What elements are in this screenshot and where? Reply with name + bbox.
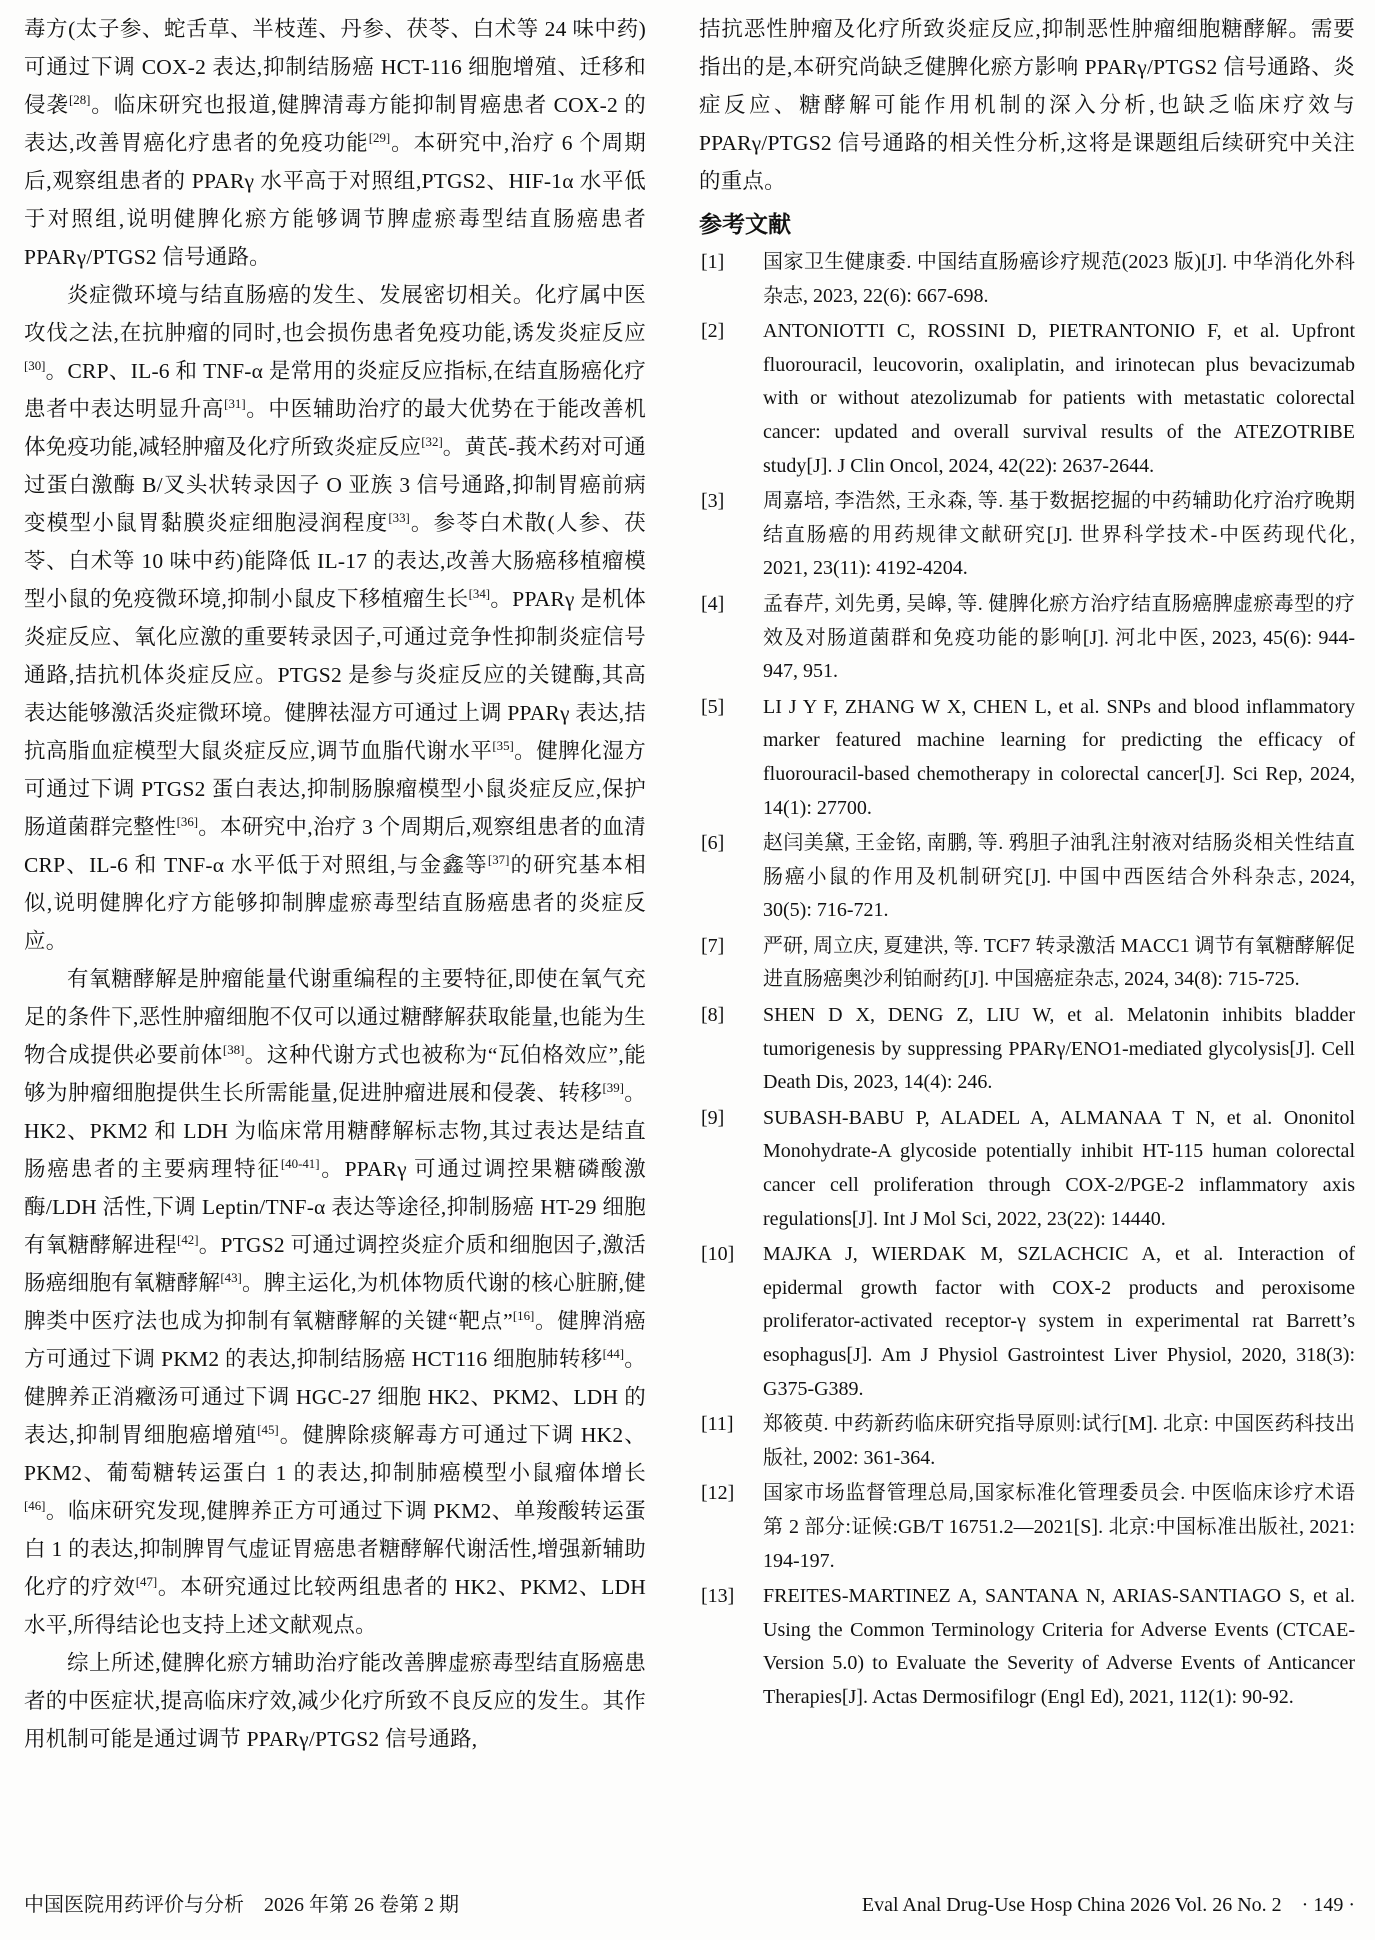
reference-number: [8] [701,999,724,1033]
reference-item: [3]周嘉培, 李浩然, 王永森, 等. 基于数据挖掘的中药辅助化疗治疗晚期结直… [699,485,1355,586]
reference-item: [11]郑筱萸. 中药新药临床研究指导原则:试行[M]. 北京: 中国医药科技出… [699,1408,1355,1475]
journal-page: 毒方(太子参、蛇舌草、半枝莲、丹参、茯苓、白术等 24 味中药)可通过下调 CO… [0,0,1375,1940]
citation-marker: [28] [69,93,90,107]
citation-marker: [32] [421,435,442,449]
citation-marker: [29] [369,131,390,145]
footer-journal-title-en-page-number: Eval Anal Drug-Use Hosp China 2026 Vol. … [862,1892,1355,1918]
paragraph: 有氧糖酵解是肿瘤能量代谢重编程的主要特征,即使在氧气充足的条件下,恶性肿瘤细胞不… [24,960,646,1644]
reference-text: 郑筱萸. 中药新药临床研究指导原则:试行[M]. 北京: 中国医药科技出版社, … [763,1408,1355,1475]
citation-marker: [36] [177,815,198,829]
citation-marker: [39] [603,1081,624,1095]
reference-item: [12]国家市场监督管理总局,国家标准化管理委员会. 中医临床诊疗术语 第 2 … [699,1477,1355,1578]
reference-item: [4]孟春芹, 刘先勇, 吴皞, 等. 健脾化瘀方治疗结直肠癌脾虚瘀毒型的疗效及… [699,588,1355,689]
reference-item: [13]FREITES-MARTINEZ A, SANTANA N, ARIAS… [699,1580,1355,1714]
reference-text: MAJKA J, WIERDAK M, SZLACHCIC A, et al. … [763,1238,1355,1406]
citation-marker: [44] [603,1347,624,1361]
citation-marker: [34] [469,587,490,601]
reference-text: SUBASH-BABU P, ALADEL A, ALMANAA T N, et… [763,1102,1355,1236]
citation-marker: [42] [177,1233,198,1247]
right-column-paragraphs: 拮抗恶性肿瘤及化疗所致炎症反应,抑制恶性肿瘤细胞糖酵解。需要指出的是,本研究尚缺… [699,10,1355,200]
reference-number: [11] [701,1408,734,1442]
reference-number: [2] [701,315,724,349]
reference-text: LI J Y F, ZHANG W X, CHEN L, et al. SNPs… [763,691,1355,825]
reference-text: 国家卫生健康委. 中国结直肠癌诊疗规范(2023 版)[J]. 中华消化外科杂志… [763,246,1355,313]
reference-text: SHEN D X, DENG Z, LIU W, et al. Melatoni… [763,999,1355,1100]
reference-number: [1] [701,246,724,280]
paragraph: 毒方(太子参、蛇舌草、半枝莲、丹参、茯苓、白术等 24 味中药)可通过下调 CO… [24,10,646,276]
reference-item: [6]赵闫美黛, 王金铭, 南鹏, 等. 鸦胆子油乳注射液对结肠炎相关性结直肠癌… [699,827,1355,928]
reference-text: 国家市场监督管理总局,国家标准化管理委员会. 中医临床诊疗术语 第 2 部分:证… [763,1477,1355,1578]
citation-marker: [35] [492,739,513,753]
paragraph: 拮抗恶性肿瘤及化疗所致炎症反应,抑制恶性肿瘤细胞糖酵解。需要指出的是,本研究尚缺… [699,10,1355,200]
reference-item: [10]MAJKA J, WIERDAK M, SZLACHCIC A, et … [699,1238,1355,1406]
paragraph: 综上所述,健脾化瘀方辅助治疗能改善脾虚瘀毒型结直肠癌患者的中医症状,提高临床疗效… [24,1644,646,1758]
reference-item: [9]SUBASH-BABU P, ALADEL A, ALMANAA T N,… [699,1102,1355,1236]
reference-number: [5] [701,691,724,725]
reference-number: [6] [701,827,724,861]
reference-text: 周嘉培, 李浩然, 王永森, 等. 基于数据挖掘的中药辅助化疗治疗晚期结直肠癌的… [763,485,1355,586]
reference-number: [12] [701,1477,734,1511]
reference-number: [7] [701,930,724,964]
citation-marker: [46] [24,1499,45,1513]
citation-marker: [38] [223,1043,244,1057]
reference-list: [1]国家卫生健康委. 中国结直肠癌诊疗规范(2023 版)[J]. 中华消化外… [699,246,1355,1715]
reference-number: [10] [701,1238,734,1272]
citation-marker: [40-41] [281,1157,320,1171]
citation-marker: [45] [257,1423,278,1437]
reference-text: FREITES-MARTINEZ A, SANTANA N, ARIAS-SAN… [763,1580,1355,1714]
two-column-layout: 毒方(太子参、蛇舌草、半枝莲、丹参、茯苓、白术等 24 味中药)可通过下调 CO… [24,10,1355,1758]
reference-text: 严研, 周立庆, 夏建洪, 等. TCF7 转录激活 MACC1 调节有氧糖酵解… [763,930,1355,997]
reference-item: [1]国家卫生健康委. 中国结直肠癌诊疗规范(2023 版)[J]. 中华消化外… [699,246,1355,313]
right-column: 拮抗恶性肿瘤及化疗所致炎症反应,抑制恶性肿瘤细胞糖酵解。需要指出的是,本研究尚缺… [699,10,1355,1758]
citation-marker: [43] [220,1271,241,1285]
footer-journal-title-cn: 中国医院用药评价与分析 2026 年第 26 卷第 2 期 [24,1892,459,1918]
citation-marker: [47] [136,1575,157,1589]
reference-number: [9] [701,1102,724,1136]
reference-text: 赵闫美黛, 王金铭, 南鹏, 等. 鸦胆子油乳注射液对结肠炎相关性结直肠癌小鼠的… [763,827,1355,928]
paragraph: 炎症微环境与结直肠癌的发生、发展密切相关。化疗属中医攻伐之法,在抗肿瘤的同时,也… [24,276,646,960]
reference-text: 孟春芹, 刘先勇, 吴皞, 等. 健脾化瘀方治疗结直肠癌脾虚瘀毒型的疗效及对肠道… [763,588,1355,689]
reference-text: ANTONIOTTI C, ROSSINI D, PIETRANTONIO F,… [763,315,1355,483]
reference-number: [4] [701,588,724,622]
left-column: 毒方(太子参、蛇舌草、半枝莲、丹参、茯苓、白术等 24 味中药)可通过下调 CO… [24,10,646,1758]
reference-item: [5]LI J Y F, ZHANG W X, CHEN L, et al. S… [699,691,1355,825]
reference-item: [2]ANTONIOTTI C, ROSSINI D, PIETRANTONIO… [699,315,1355,483]
citation-marker: [30] [24,359,45,373]
reference-item: [7]严研, 周立庆, 夏建洪, 等. TCF7 转录激活 MACC1 调节有氧… [699,930,1355,997]
citation-marker: [37] [488,853,509,867]
page-footer: 中国医院用药评价与分析 2026 年第 26 卷第 2 期 Eval Anal … [24,1892,1355,1918]
reference-number: [3] [701,485,724,519]
citation-marker: [31] [224,397,245,411]
citation-marker: [33] [388,511,409,525]
citation-marker: [16] [513,1309,534,1323]
references-heading: 参考文献 [699,204,1355,244]
reference-item: [8]SHEN D X, DENG Z, LIU W, et al. Melat… [699,999,1355,1100]
reference-number: [13] [701,1580,734,1614]
